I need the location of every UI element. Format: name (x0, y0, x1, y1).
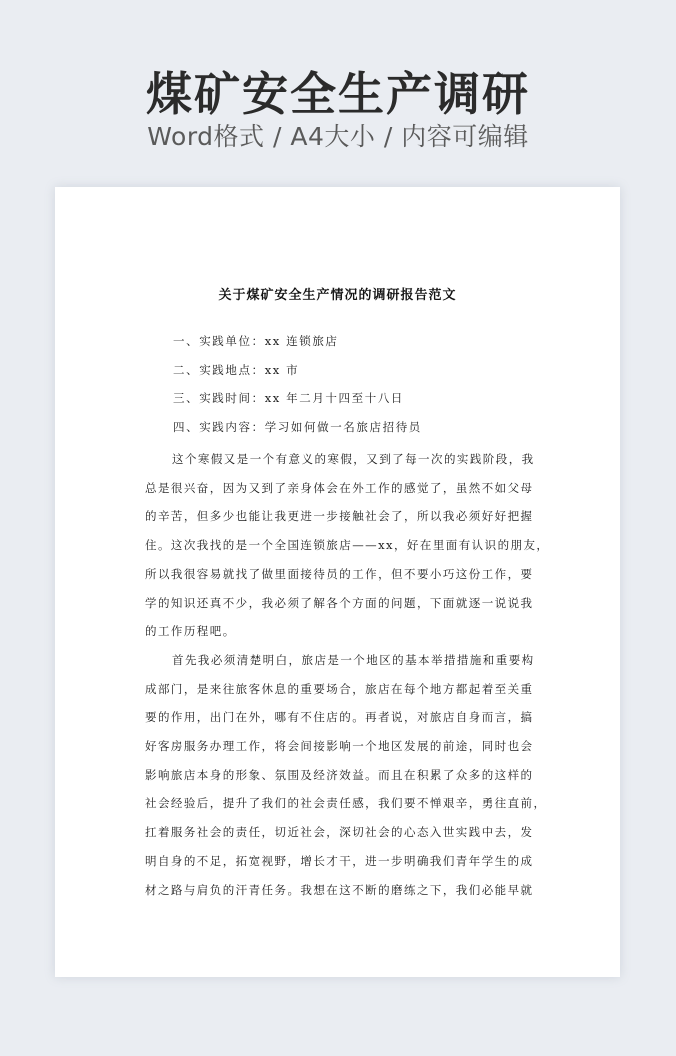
paragraph-line: 的辛苦，但多少也能让我更进一步接触社会了，所以我必须好好把握 (145, 502, 528, 531)
info-list: 一、实践单位：xx 连锁旅店 二、实践地点：xx 市 三、实践时间：xx 年二月… (173, 332, 553, 446)
paragraph-line: 的工作历程吧。 (145, 617, 528, 646)
paragraph-line: 影响旅店本身的形象、氛围及经济效益。而且在积累了众多的这样的 (145, 761, 528, 790)
header-subtitle: Word格式 / A4大小 / 内容可编辑 (0, 120, 676, 154)
header-title: 煤矿安全生产调研 (0, 66, 676, 122)
paragraph-line: 扛着服务社会的责任，切近社会，深切社会的心态入世实践中去，发 (145, 818, 528, 847)
paragraph-line: 明自身的不足，拓宽视野，增长才干，进一步明确我们青年学生的成 (145, 847, 528, 876)
paragraph-line: 成部门，是来往旅客休息的重要场合，旅店在每个地方都起着至关重 (145, 675, 528, 704)
paragraph-line: 材之路与肩负的汗青任务。我想在这不断的磨练之下，我们必能早就 (145, 876, 528, 905)
paragraph-line: 总是很兴奋，因为又到了亲身体会在外工作的感觉了，虽然不如父母 (145, 474, 528, 503)
paragraph-line: 所以我很容易就找了做里面接待员的工作，但不要小巧这份工作，要 (145, 560, 528, 589)
info-item-location: 二、实践地点：xx 市 (173, 361, 553, 390)
paragraph-line: 住。这次我找的是一个全国连锁旅店——xx，好在里面有认识的朋友， (145, 531, 528, 560)
paragraph-1: 这个寒假又是一个有意义的寒假，又到了每一次的实践阶段，我 总是很兴奋，因为又到了… (145, 445, 528, 646)
paragraph-line: 首先我必须清楚明白，旅店是一个地区的基本举措措施和重要构 (145, 646, 528, 675)
document-body: 这个寒假又是一个有意义的寒假，又到了每一次的实践阶段，我 总是很兴奋，因为又到了… (145, 445, 528, 904)
info-item-content: 四、实践内容：学习如何做一名旅店招待员 (173, 418, 553, 447)
paragraph-line: 这个寒假又是一个有意义的寒假，又到了每一次的实践阶段，我 (145, 445, 528, 474)
info-item-time: 三、实践时间：xx 年二月十四至十八日 (173, 389, 553, 418)
paragraph-2: 首先我必须清楚明白，旅店是一个地区的基本举措措施和重要构 成部门，是来往旅客休息… (145, 646, 528, 904)
paragraph-line: 学的知识还真不少，我必须了解各个方面的问题，下面就逐一说说我 (145, 589, 528, 618)
paragraph-line: 要的作用，出门在外，哪有不住店的。再者说，对旅店自身而言，搞 (145, 703, 528, 732)
document-page: 关于煤矿安全生产情况的调研报告范文 一、实践单位：xx 连锁旅店 二、实践地点：… (55, 187, 620, 977)
info-item-unit: 一、实践单位：xx 连锁旅店 (173, 332, 553, 361)
document-title: 关于煤矿安全生产情况的调研报告范文 (55, 284, 620, 303)
paragraph-line: 社会经验后，提升了我们的社会责任感，我们要不惮艰辛，勇往直前， (145, 789, 528, 818)
paragraph-line: 好客房服务办理工作，将会间接影响一个地区发展的前途，同时也会 (145, 732, 528, 761)
